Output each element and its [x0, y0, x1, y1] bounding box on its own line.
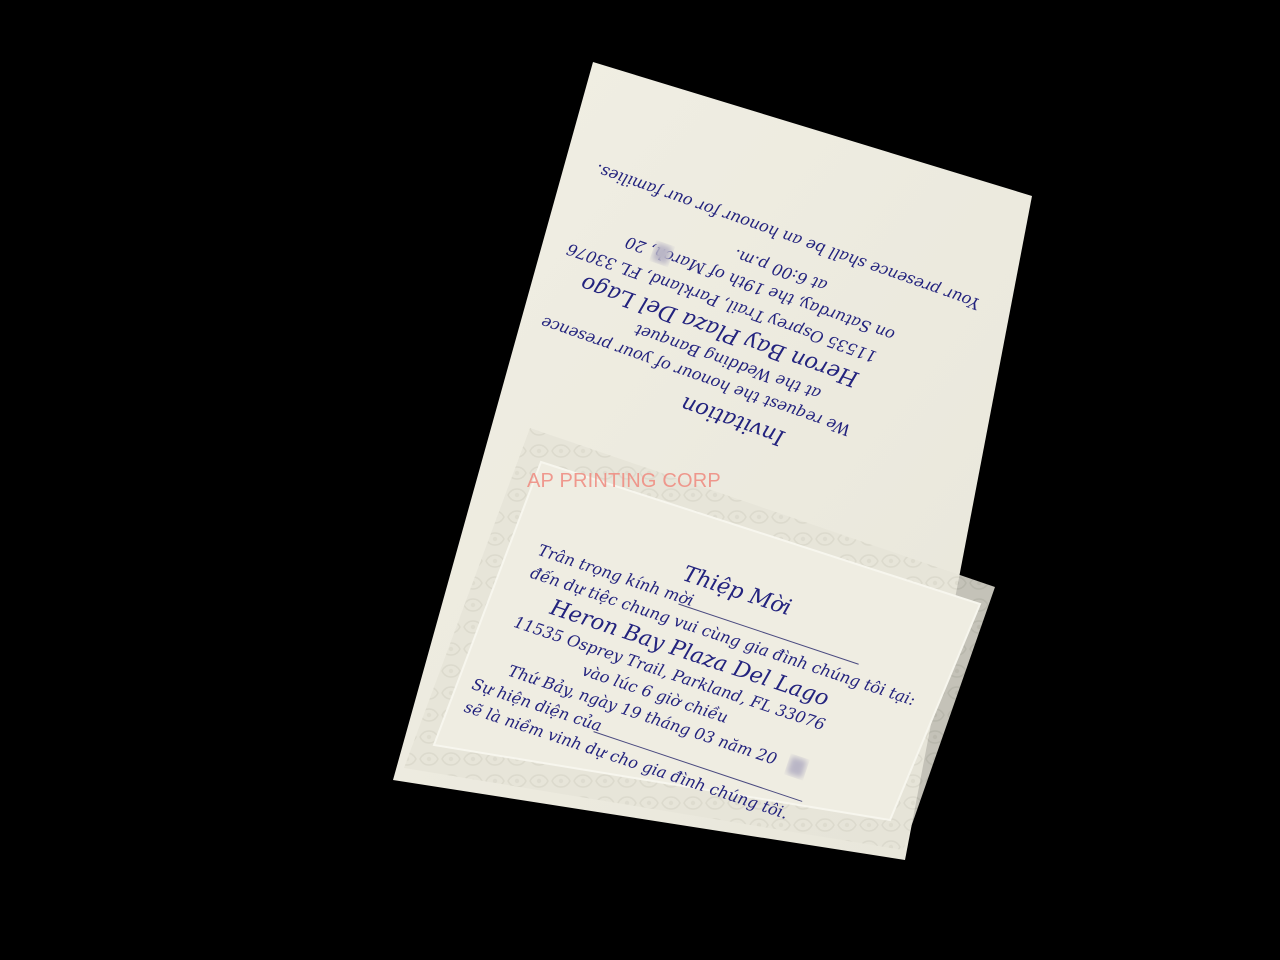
watermark-text: AP PRINTING CORP: [527, 470, 721, 493]
